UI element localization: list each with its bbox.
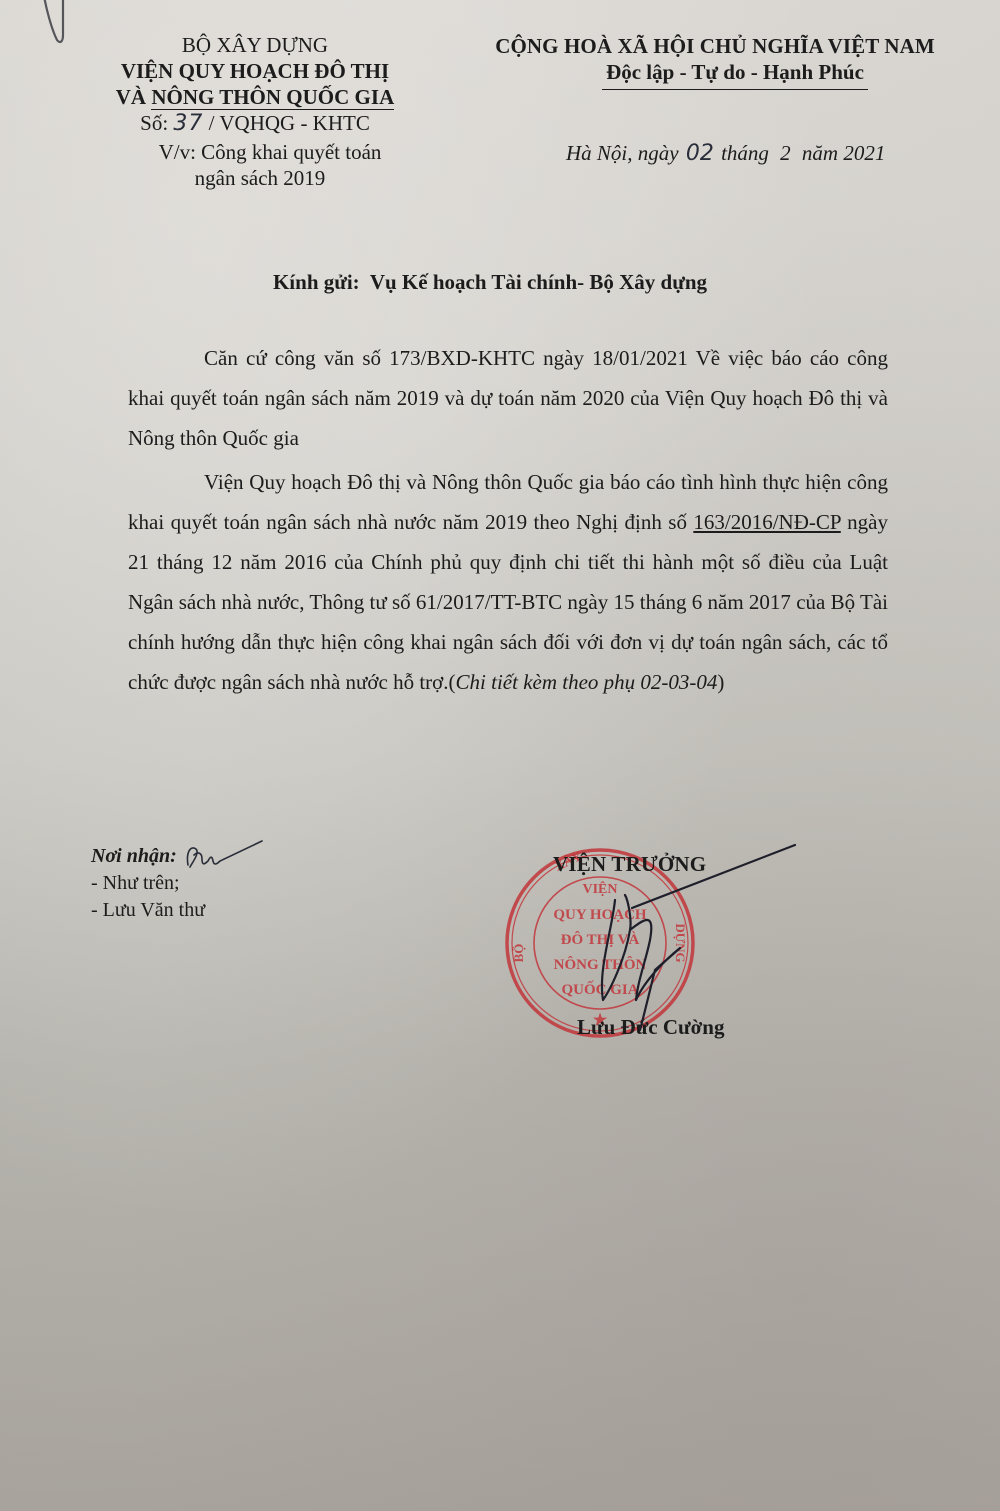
paragraph-1: Căn cứ công văn số 173/BXD-KHTC ngày 18/… <box>128 338 888 458</box>
addressee-name: Vụ Kế hoạch Tài chính- Bộ Xây dựng <box>370 270 707 294</box>
doc-number-handwritten: 37 <box>173 111 203 136</box>
date-month-label: tháng <box>721 141 769 165</box>
document-number: Số: 37 / VQHQG - KHTC <box>80 110 430 137</box>
national-motto: Độc lập - Tự do - Hạnh Phúc <box>602 59 868 90</box>
attachment-note: Chi tiết kèm theo phụ 02-03-04 <box>456 670 718 694</box>
handwritten-signature-icon <box>570 840 810 1040</box>
institute-name-line2: VÀ NÔNG THÔN QUỐC GIA <box>80 84 430 110</box>
subject-line2: ngân sách 2019 <box>80 165 430 191</box>
date-prefix: Hà Nội, ngày <box>566 141 679 165</box>
decree-reference: 163/2016/NĐ-CP <box>693 510 840 534</box>
distribution-item: - Lưu Văn thư <box>91 897 205 924</box>
subject-line1: V/v: Công khai quyết toán <box>80 139 430 165</box>
initials-scribble-icon <box>180 835 270 875</box>
paragraph-2-end: ) <box>717 670 724 694</box>
date-month: 2 <box>780 141 791 165</box>
addressee-line: Kính gửi: Vụ Kế hoạch Tài chính- Bộ Xây … <box>0 270 1000 295</box>
paper-background <box>0 0 1000 1511</box>
issuer-header: BỘ XÂY DỰNG VIỆN QUY HOẠCH ĐÔ THỊ VÀ NÔN… <box>80 32 430 191</box>
svg-text:BỘ: BỘ <box>511 944 526 963</box>
institute-prefix: VÀ <box>116 85 152 109</box>
national-header: CỘNG HOÀ XÃ HỘI CHỦ NGHĨA VIỆT NAM Độc l… <box>465 33 965 90</box>
date-year: 2021 <box>843 141 885 165</box>
doc-number-suffix: / VQHQG - KHTC <box>209 111 370 135</box>
paragraph-2-part2: ngày 21 tháng 12 năm 2016 của Chính phủ … <box>128 510 888 694</box>
nation-title: CỘNG HOÀ XÃ HỘI CHỦ NGHĨA VIỆT NAM <box>465 33 965 59</box>
addressee-label: Kính gửi: <box>273 270 360 294</box>
date-day-handwritten: 02 <box>686 141 714 166</box>
paper-clip-icon <box>30 0 70 55</box>
paragraph-2: Viện Quy hoạch Đô thị và Nông thôn Quốc … <box>128 462 888 702</box>
date-year-label: năm <box>802 141 838 165</box>
ministry-name: BỘ XÂY DỰNG <box>80 32 430 58</box>
subject: V/v: Công khai quyết toán ngân sách 2019 <box>80 139 430 191</box>
date-line: Hà Nội, ngày 02 tháng 2 năm 2021 <box>566 141 885 166</box>
doc-number-label: Số: <box>140 111 168 135</box>
institute-underlined: NÔNG THÔN QUỐC GIA <box>151 85 394 110</box>
letter-body: Căn cứ công văn số 173/BXD-KHTC ngày 18/… <box>128 338 888 702</box>
institute-name-line1: VIỆN QUY HOẠCH ĐÔ THỊ <box>80 58 430 84</box>
